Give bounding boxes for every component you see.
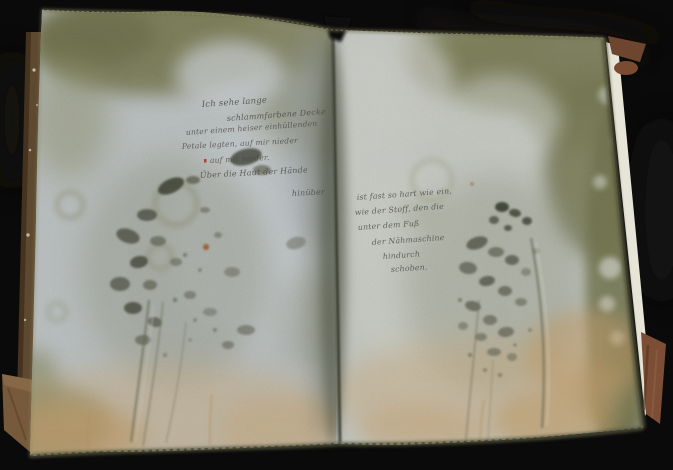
paper-texture — [20, 5, 650, 465]
book-photo-svg: Ich sehe lange schlammfarbene Decke unte… — [0, 0, 673, 470]
photo-open-book: Ich sehe lange schlammfarbene Decke unte… — [0, 0, 673, 470]
